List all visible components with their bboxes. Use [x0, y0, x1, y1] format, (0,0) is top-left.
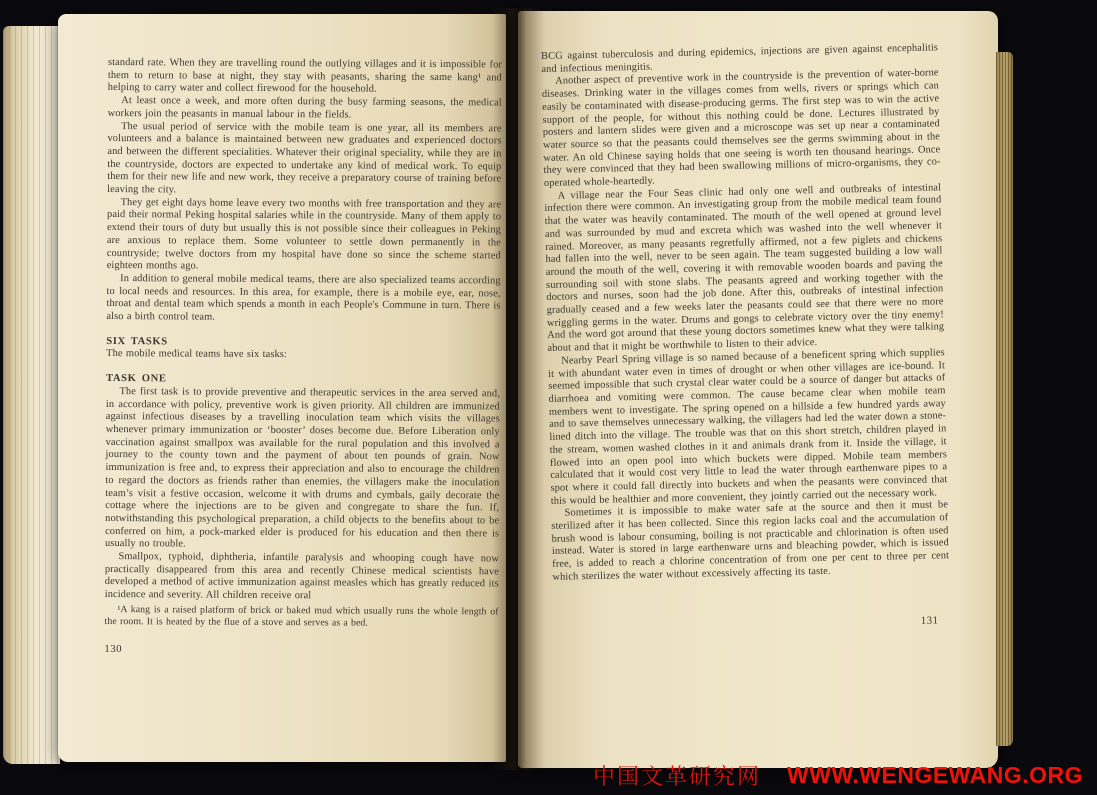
paragraph: Nearby Pearl Spring village is so named …: [548, 347, 948, 508]
page-edges-left: [3, 26, 60, 764]
page-edges-right: [996, 52, 1013, 746]
right-page-text: BCG against tuberculosis and during epid…: [541, 42, 951, 635]
footnote: ¹A kang is a raised platform of brick or…: [105, 604, 499, 631]
paragraph: The usual period of service with the mob…: [107, 121, 501, 200]
paragraph: A village near the Four Seas clinic had …: [544, 182, 945, 356]
paragraph: standard rate. When they are travelling …: [108, 57, 502, 98]
paragraph: Sometimes it is impossible to make water…: [551, 500, 950, 585]
section-intro: The mobile medical teams have six tasks:: [106, 348, 500, 363]
paragraph: They get eight days home leave every two…: [107, 197, 501, 276]
paragraph: In addition to general mobile medical te…: [106, 273, 500, 326]
left-page-text: standard rate. When they are travelling …: [104, 57, 502, 658]
watermark: 中国文革研究网 WWW.WENGEWANG.ORG: [0, 759, 1097, 791]
page-number-left: 130: [104, 643, 498, 658]
watermark-site-url: WWW.WENGEWANG.ORG: [787, 762, 1083, 789]
paragraph: At least once a week, and more often dur…: [108, 95, 502, 123]
paragraph: Smallpox, typhoid, diphtheria, infantile…: [105, 551, 499, 604]
paragraph: Another aspect of preventive work in the…: [542, 68, 941, 191]
watermark-chinese-site-name: 中国文革研究网: [593, 760, 761, 791]
paragraph: The first task is to provide preventive …: [105, 386, 500, 554]
book-scan: { "colors": { "background": "#0a0a0e", "…: [0, 0, 1097, 795]
